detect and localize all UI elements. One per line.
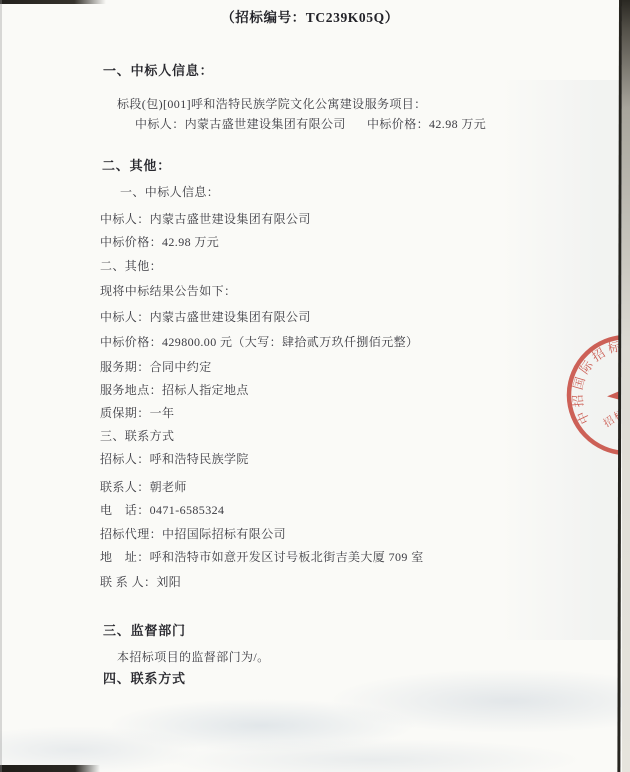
section2-line: 中标价格：429800.00 元（大写：肆拾贰万玖仟捌佰元整） [100,334,418,350]
section1-winner: 中标人：内蒙古盛世建设集团有限公司 [135,116,346,132]
section2-title: 二、其他： [102,158,171,174]
section1-price: 中标价格：42.98 万元 [367,116,486,132]
section3-body: 本招标项目的监督部门为/。 [117,649,270,665]
paper-smudge-bottom [0,650,622,772]
section2-line: 招标代理：中招国际招标有限公司 [100,526,286,542]
section2-line: 电 话：0471-6585324 [100,502,224,518]
section2-line: 质保期：一年 [100,405,174,421]
section2-line: 招标人：呼和浩特民族学院 [100,451,249,467]
section2-line: 中标价格：42.98 万元 [100,234,219,250]
scan-edge-right-fill [622,0,630,772]
tender-code-header: （招标编号：TC239K05Q） [0,6,620,26]
section2-line: 地 址：呼和浩特市如意开发区讨号板北街吉美大厦 709 室 [100,549,424,565]
seal-icon: 中招国际招标有限公司 招标专用章 (SK) 16100533 [556,322,621,468]
section2-line: 二、其他： [100,258,162,274]
scanned-page: （招标编号：TC239K05Q） 一、中标人信息： 标段(包)[001]呼和浩特… [0,0,630,772]
scan-edge-left [0,0,2,772]
section2-line: 三、联系方式 [100,428,174,444]
section2-line: 中标人：内蒙古盛世建设集团有限公司 [100,309,311,325]
section2-line: 服务地点：招标人指定地点 [100,382,249,398]
section2-line: 现将中标结果公告如下： [100,283,236,299]
section3-title: 三、监督部门 [103,623,186,639]
scan-edge-bottom-left [0,765,100,772]
section2-line: 联 系 人：刘阳 [100,574,181,590]
section1-lot-line: 标段(包)[001]呼和浩特民族学院文化公寓建设服务项目： [117,96,427,112]
company-seal: 中招国际招标有限公司 招标专用章 (SK) 16100533 [556,322,621,468]
section2-line: 服务期：合同中约定 [100,359,212,375]
section1-title: 一、中标人信息： [103,63,213,79]
section2-line: 联系人：朝老师 [100,479,187,495]
section4-title: 四、联系方式 [103,671,186,687]
section2-line: 中标人：内蒙古盛世建设集团有限公司 [100,211,311,227]
scan-edge-top-left [0,0,106,4]
section2-line: 一、中标人信息： [120,184,219,200]
